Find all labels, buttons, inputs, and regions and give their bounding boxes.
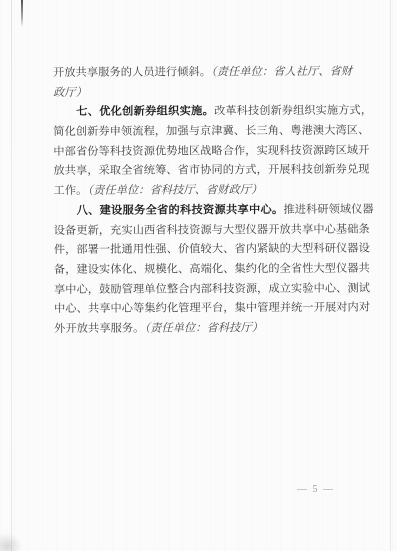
body-text: 中部省份等科技资源优势地区战略合作，实现科技资源跨区域开: [53, 144, 369, 157]
text-line: 中心、共享中心等集约化管理平台，集中管理并统一开展对内对: [54, 299, 370, 320]
body-text: 备，建设实体化、规模化、高端化、集约化的全省性大型仪器共: [54, 262, 370, 275]
body-text: 中心、共享中心等集约化管理平台，集中管理并统一开展对内对: [54, 302, 370, 315]
text-line: 放共享，采取全省统筹、省市协同的方式，开展科技创新券兑现: [53, 161, 369, 182]
scan-top-left-artifact: [21, 0, 23, 27]
text-line: 工作。（责任单位：省科技厅、省财政厅）: [54, 181, 370, 202]
text-line: 外开放共享服务。（责任单位：省科技厅）: [54, 319, 370, 340]
body-text: 工作。: [54, 185, 88, 197]
document-body-text: 开放共享服务的人员进行倾斜。（责任单位：省人社厅、省财政厅）七、优化创新券组织实…: [53, 63, 370, 340]
scan-left-edge-line: [11, 0, 12, 551]
body-text: 外开放共享服务。: [54, 323, 144, 335]
body-text: 设备更新，充实山西省科技资源与大型仪器开放共享中心基础条: [54, 223, 370, 236]
body-text: 件，部署一批通用性强、价值较大、省内紧缺的大型科研仪器设: [54, 243, 370, 256]
body-text: 开放共享服务的人员进行倾斜。: [53, 66, 211, 79]
page-number: — 5 —: [297, 484, 335, 495]
text-line: 政厅）: [53, 82, 369, 103]
text-line: 中部省份等科技资源优势地区战略合作，实现科技资源跨区域开: [53, 141, 369, 162]
responsible-unit-note: （责任单位：省人社厅、省财: [211, 66, 352, 79]
text-line: 备，建设实体化、规模化、高端化、集约化的全省性大型仪器共: [54, 259, 370, 280]
paragraph-heading: 七、优化创新券组织实施。: [76, 106, 214, 119]
text-line: 享中心，鼓励管理单位整合内部科技资源，成立实验中心、测试: [54, 279, 370, 300]
scanned-document-page: 开放共享服务的人员进行倾斜。（责任单位：省人社厅、省财政厅）七、优化创新券组织实…: [0, 0, 397, 551]
scan-bottom-left-smudge: [0, 533, 22, 551]
responsible-unit-note: （责任单位：省科技厅）: [144, 322, 263, 335]
text-line: 简化创新券申领流程，加强与京津冀、长三角、粤港澳大湾区、: [53, 122, 369, 143]
responsible-unit-note: （责任单位：省科技厅、省财政厅）: [87, 184, 262, 197]
scan-right-edge-line: [390, 0, 391, 551]
body-text: 推进科研领域仪器: [283, 203, 373, 215]
text-line: 开放共享服务的人员进行倾斜。（责任单位：省人社厅、省财: [53, 63, 369, 84]
body-text: 放共享，采取全省统筹、省市协同的方式，开展科技创新券兑现: [53, 164, 369, 177]
body-text: 改革科技创新券组织实施方式，: [214, 105, 372, 118]
body-text: 享中心，鼓励管理单位整合内部科技资源，成立实验中心、测试: [54, 282, 370, 295]
responsible-unit-note: 政厅）: [53, 87, 87, 99]
text-line: 七、优化创新券组织实施。改革科技创新券组织实施方式，: [53, 102, 369, 123]
body-text: 简化创新券申领流程，加强与京津冀、长三角、粤港澳大湾区、: [53, 125, 369, 138]
text-line: 八、建设服务全省的科技资源共享中心。推进科研领域仪器: [54, 200, 370, 221]
text-line: 件，部署一批通用性强、价值较大、省内紧缺的大型科研仪器设: [54, 240, 370, 261]
text-line: 设备更新，充实山西省科技资源与大型仪器开放共享中心基础条: [54, 220, 370, 241]
paragraph-heading: 八、建设服务全省的科技资源共享中心。: [77, 204, 284, 217]
